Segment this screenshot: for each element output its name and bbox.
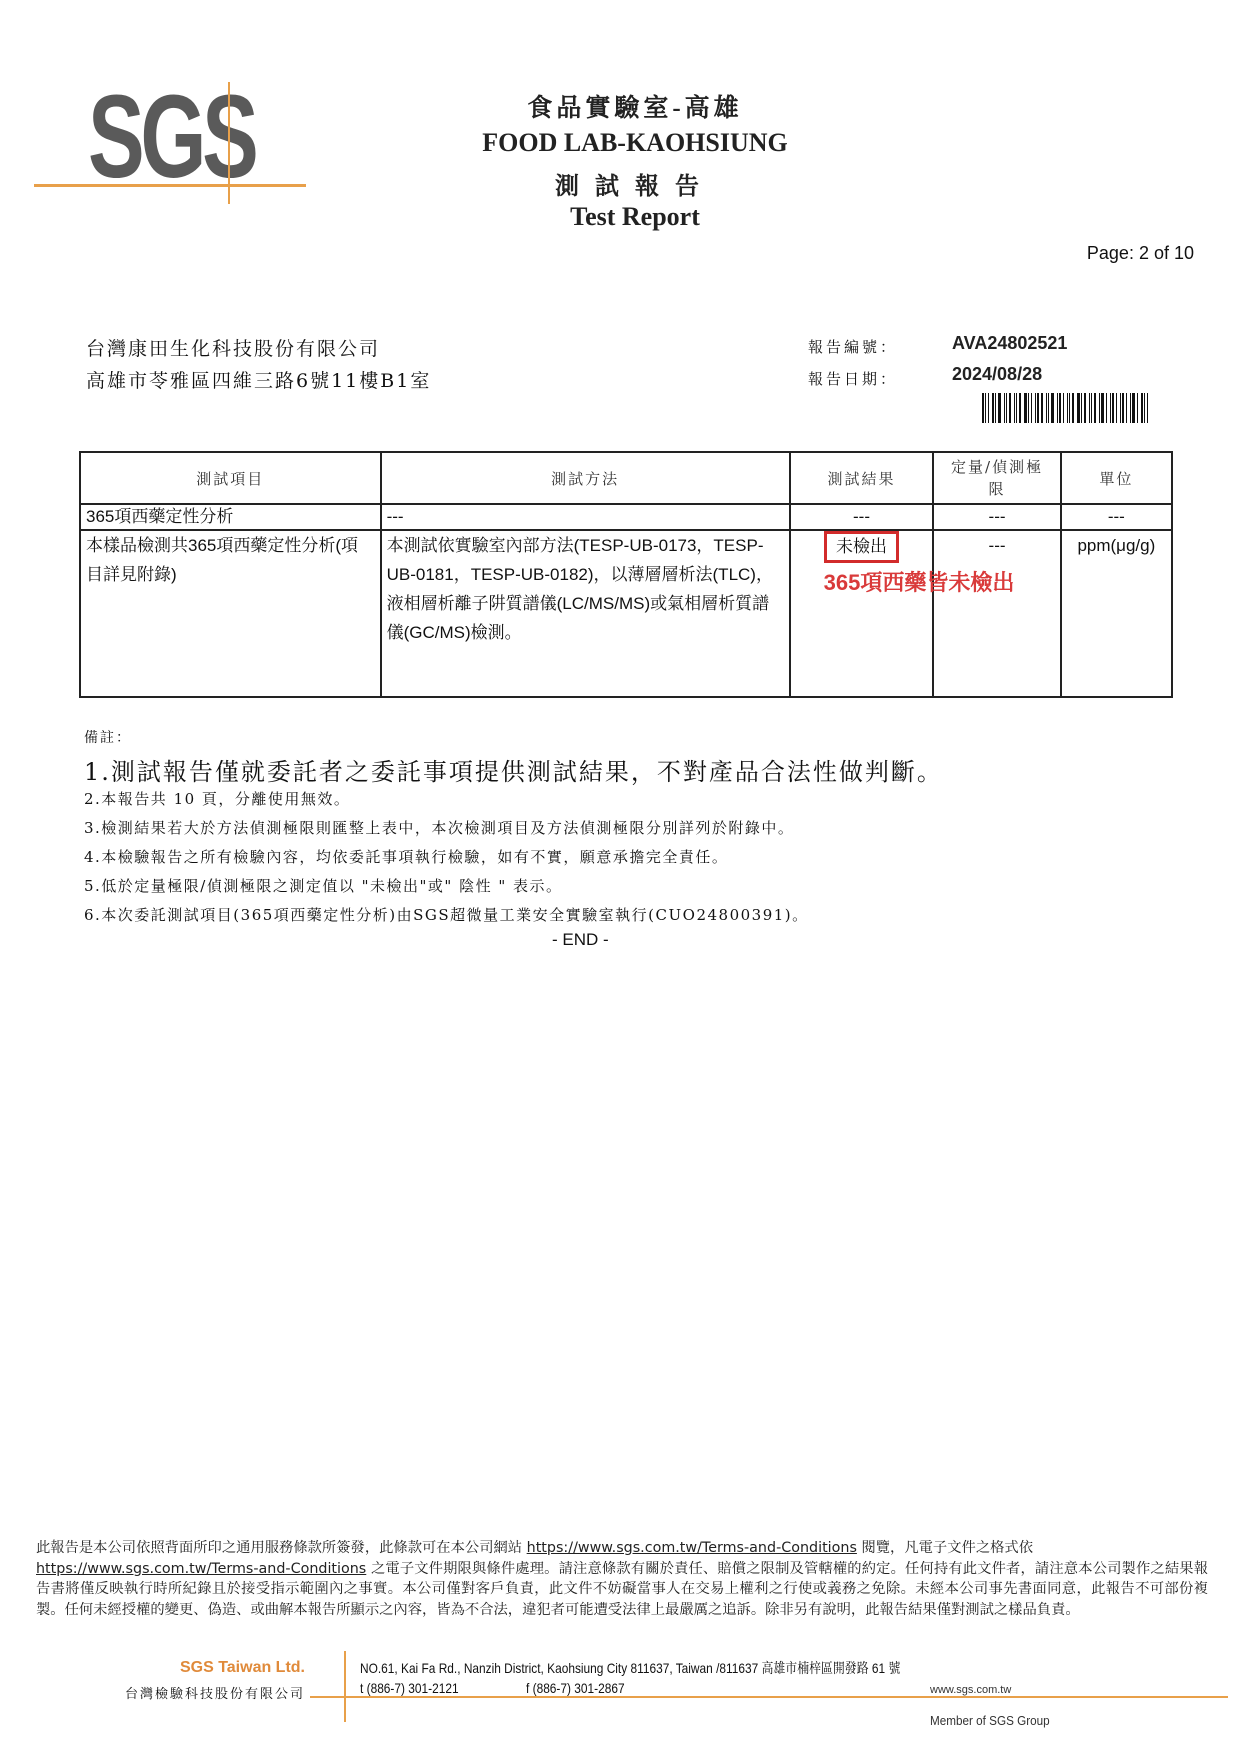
disclaimer-text: 此報告是本公司依照背面所印之通用服務條款所簽發，此條款可在本公司網站 (36, 1540, 527, 1556)
table-header-row: 測試項目 測試方法 測試結果 定量/偵測極限 單位 (80, 452, 1172, 504)
terms-link[interactable]: https://www.sgs.com.tw/Terms-and-Conditi… (36, 1561, 366, 1577)
end-marker: - END - (552, 930, 609, 950)
footer-address: NO.61, Kai Fa Rd., Nanzih District, Kaoh… (360, 1658, 900, 1678)
header-test-item: 測試項目 (80, 452, 381, 504)
cell-method: 本測試依實驗室內部方法(TESP-UB-0173，TESP-UB-0181，TE… (381, 530, 790, 697)
footer-website[interactable]: www.sgs.com.tw (930, 1684, 1011, 1696)
cell-item: 365項西藥定性分析 (80, 504, 381, 530)
footer-horizontal-rule (310, 1696, 1228, 1698)
note-item: 3.檢測結果若大於方法偵測極限則匯整上表中，本次檢測項目及方法偵測極限分別詳列於… (84, 817, 794, 838)
note-item: 1.測試報告僅就委託者之委託事項提供測試結果，不對產品合法性做判斷。 (84, 752, 943, 787)
logo-horizontal-rule (34, 184, 306, 187)
lab-name-en: FOOD LAB-KAOHSIUNG (400, 128, 870, 158)
terms-link[interactable]: https://www.sgs.com.tw/Terms-and-Conditi… (527, 1540, 857, 1556)
note-item: 4.本檢驗報告之所有檢驗內容，均依委託事項執行檢驗，如有不實，願意承擔完全責任。 (84, 846, 728, 867)
cell-method: --- (381, 504, 790, 530)
note-item: 2.本報告共 10 頁，分離使用無效。 (84, 788, 350, 809)
notes-heading: 備註： (84, 727, 132, 747)
report-date: 2024/08/28 (952, 364, 1042, 385)
footer-member-text: Member of SGS Group (930, 1713, 1050, 1728)
logo-vertical-rule (228, 82, 230, 204)
table-row: 本樣品檢測共365項西藥定性分析(項目詳見附錄) 本測試依實驗室內部方法(TES… (80, 530, 1172, 697)
cell-result: --- (790, 504, 934, 530)
header-unit: 單位 (1061, 452, 1172, 504)
footer-vertical-rule (344, 1651, 346, 1722)
barcode (982, 393, 1151, 423)
report-type-zh: 測試報告 (400, 166, 870, 201)
cell-unit: --- (1061, 504, 1172, 530)
result-highlight-box: 未檢出 (824, 531, 899, 563)
report-date-label: 報告日期： (808, 368, 898, 389)
footer-company-en: SGS Taiwan Ltd. (180, 1659, 305, 1677)
page-indicator: Page: 2 of 10 (1087, 243, 1194, 264)
note-item: 5.低於定量極限/偵測極限之測定值以 "未檢出"或" 陰性 " 表示。 (84, 875, 563, 896)
cell-unit: ppm(μg/g) (1061, 530, 1172, 697)
disclaimer: 此報告是本公司依照背面所印之通用服務條款所簽發，此條款可在本公司網站 https… (36, 1538, 1208, 1620)
cell-result: 未檢出 365項西藥皆未檢出 (790, 530, 934, 697)
footer-company-zh: 台灣檢驗科技股份有限公司 (125, 1683, 305, 1702)
header-limit: 定量/偵測極限 (933, 452, 1060, 504)
cell-item: 本樣品檢測共365項西藥定性分析(項目詳見附錄) (80, 530, 381, 697)
report-type-en: Test Report (400, 202, 870, 232)
footer-fax: f (886-7) 301-2867 (526, 1680, 625, 1696)
table-row: 365項西藥定性分析 --- --- --- --- (80, 504, 1172, 530)
report-number-label: 報告編號： (808, 336, 898, 357)
report-number: AVA24802521 (952, 333, 1067, 354)
cell-limit: --- (933, 530, 1060, 697)
header-test-method: 測試方法 (381, 452, 790, 504)
header-test-result: 測試結果 (790, 452, 934, 504)
footer-telephone: t (886-7) 301-2121 (360, 1680, 459, 1696)
lab-name-zh: 食品實驗室-高雄 (400, 88, 870, 124)
results-table: 測試項目 測試方法 測試結果 定量/偵測極限 單位 365項西藥定性分析 ---… (79, 451, 1173, 698)
cell-limit: --- (933, 504, 1060, 530)
client-name: 台灣康田生化科技股份有限公司 (86, 334, 380, 361)
result-annotation: 365項西藥皆未檢出 (824, 568, 1015, 597)
disclaimer-text: 閱覽，凡電子文件之格式依 (857, 1540, 1033, 1556)
note-item: 6.本次委託測試項目(365項西藥定性分析)由SGS超微量工業安全實驗室執行(C… (84, 904, 809, 925)
client-address: 高雄市苓雅區四維三路6號11樓B1室 (86, 366, 431, 393)
